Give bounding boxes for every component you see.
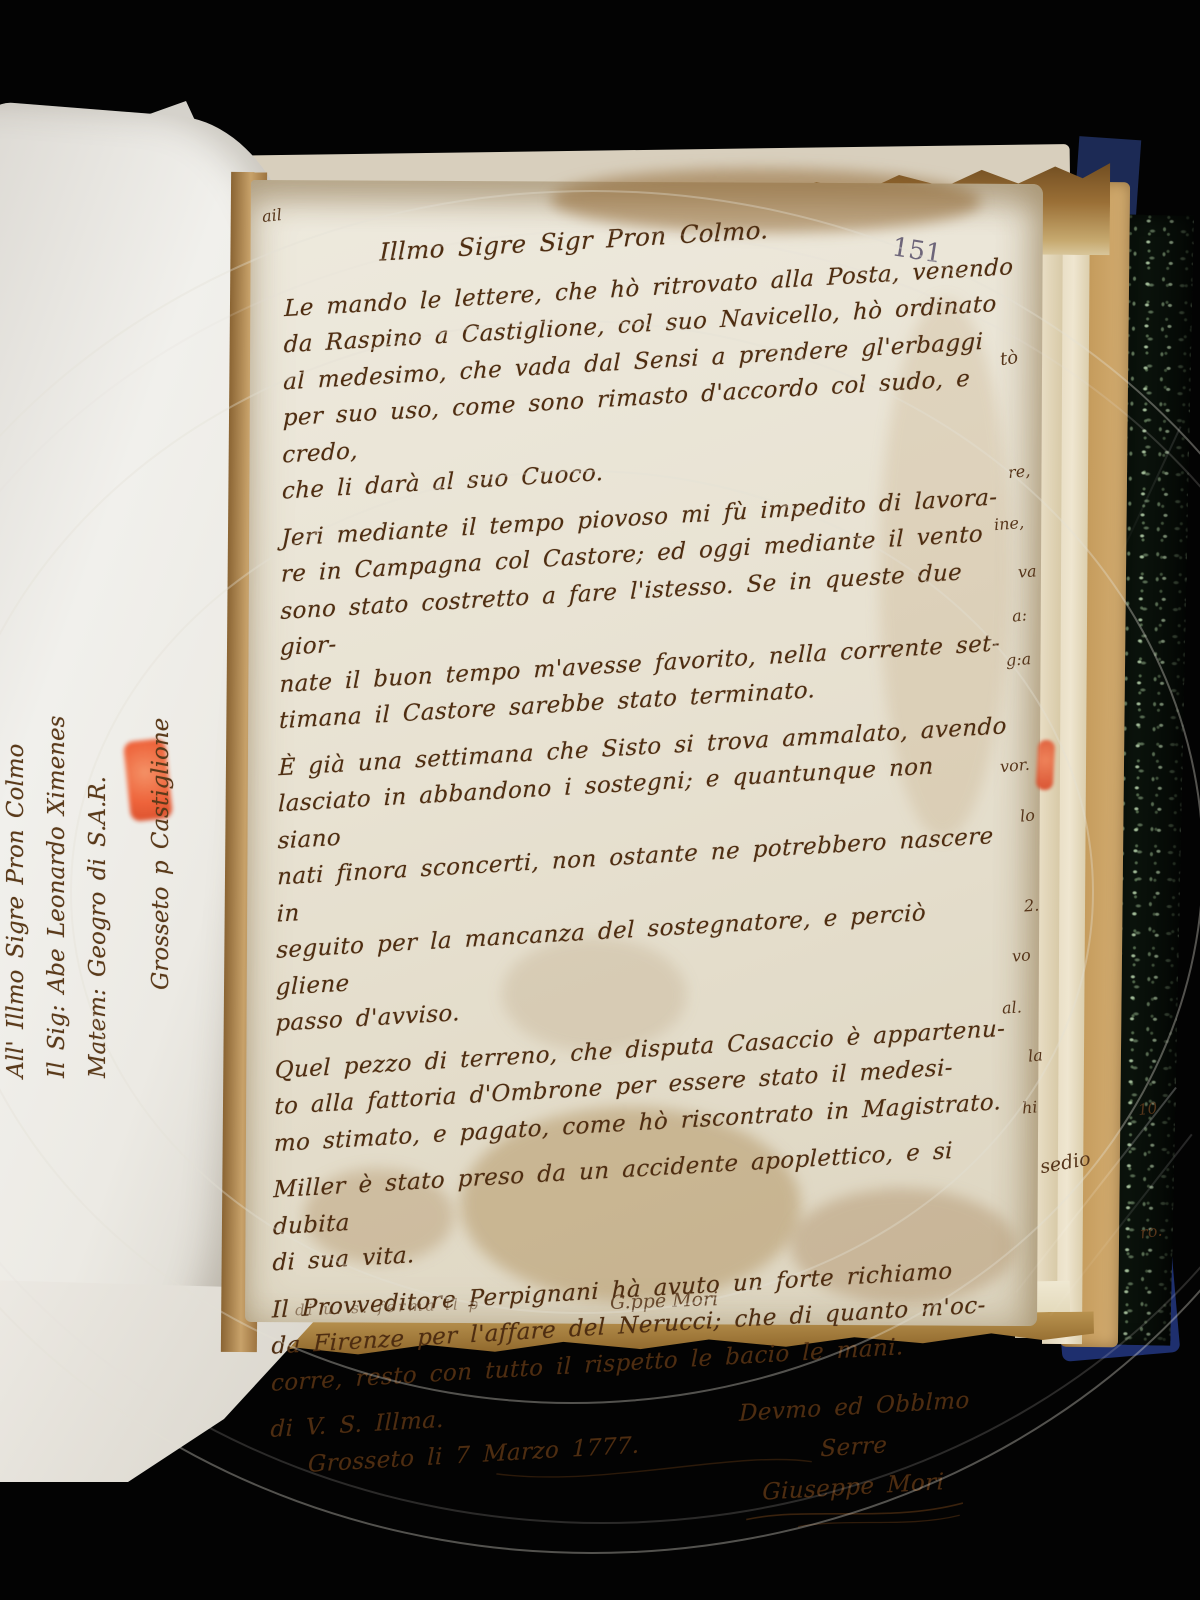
paragraph-3: È già una settimana che Sisto si trova a…: [275, 708, 1009, 1043]
underpage-signature-fragment: G.ppe Mori: [610, 1288, 719, 1314]
closing-block: di V. S. Illma. Grosseto li 7 Marzo 1777…: [269, 1370, 1002, 1568]
signature-block: Devmo ed Obblmo Serre Giuseppe Mori: [703, 1378, 1004, 1542]
edge-fragment: g:a: [1005, 649, 1031, 670]
edge-fragment: re,: [1007, 461, 1031, 482]
paragraph-1: Le mando le lettere, che hò ritrovato al…: [282, 248, 1015, 510]
address-line: Grosseto p Castiglione: [141, 576, 182, 1078]
address-line: Matem: Geogro di S.A.R.: [78, 576, 119, 1078]
edge-fragment: hi: [1021, 1097, 1038, 1117]
paragraph-2: Jeri mediante il tempo piovoso mi fù imp…: [279, 478, 1012, 740]
edge-fragment: 2.: [1023, 895, 1040, 915]
letter-text: Illmo Sigre Sigr Pron Colmo. Le mando le…: [269, 198, 1016, 1567]
edge-fragment: al.: [1001, 997, 1022, 1017]
edge-fragment: va: [1017, 561, 1037, 581]
manuscript-photo: 151 Illmo Sigre Sigr Pron Colmo. Le mand…: [0, 0, 1200, 1600]
edge-fragment: vo: [1011, 945, 1031, 966]
edge-fragment: la: [1027, 1045, 1044, 1065]
edge-fragment: vor.: [999, 755, 1030, 777]
wax-seal-speck: [1036, 740, 1056, 791]
edge-fragment: ro.: [1139, 1221, 1164, 1243]
edge-fragment: a:: [1011, 605, 1028, 625]
edge-fragment: tò: [999, 347, 1020, 370]
edge-fragment: ine,: [993, 513, 1025, 535]
address-line: All' Illmo Sigre Pron Colmo: [0, 576, 37, 1078]
edge-fragment: lo: [1019, 805, 1036, 825]
edge-fragment: ail: [261, 205, 283, 226]
address-line: Il Sig: Abe Leonardo Ximenes: [37, 576, 78, 1078]
address-panel: All' Illmo Sigre Pron Colmo Il Sig: Abe …: [0, 576, 182, 1078]
